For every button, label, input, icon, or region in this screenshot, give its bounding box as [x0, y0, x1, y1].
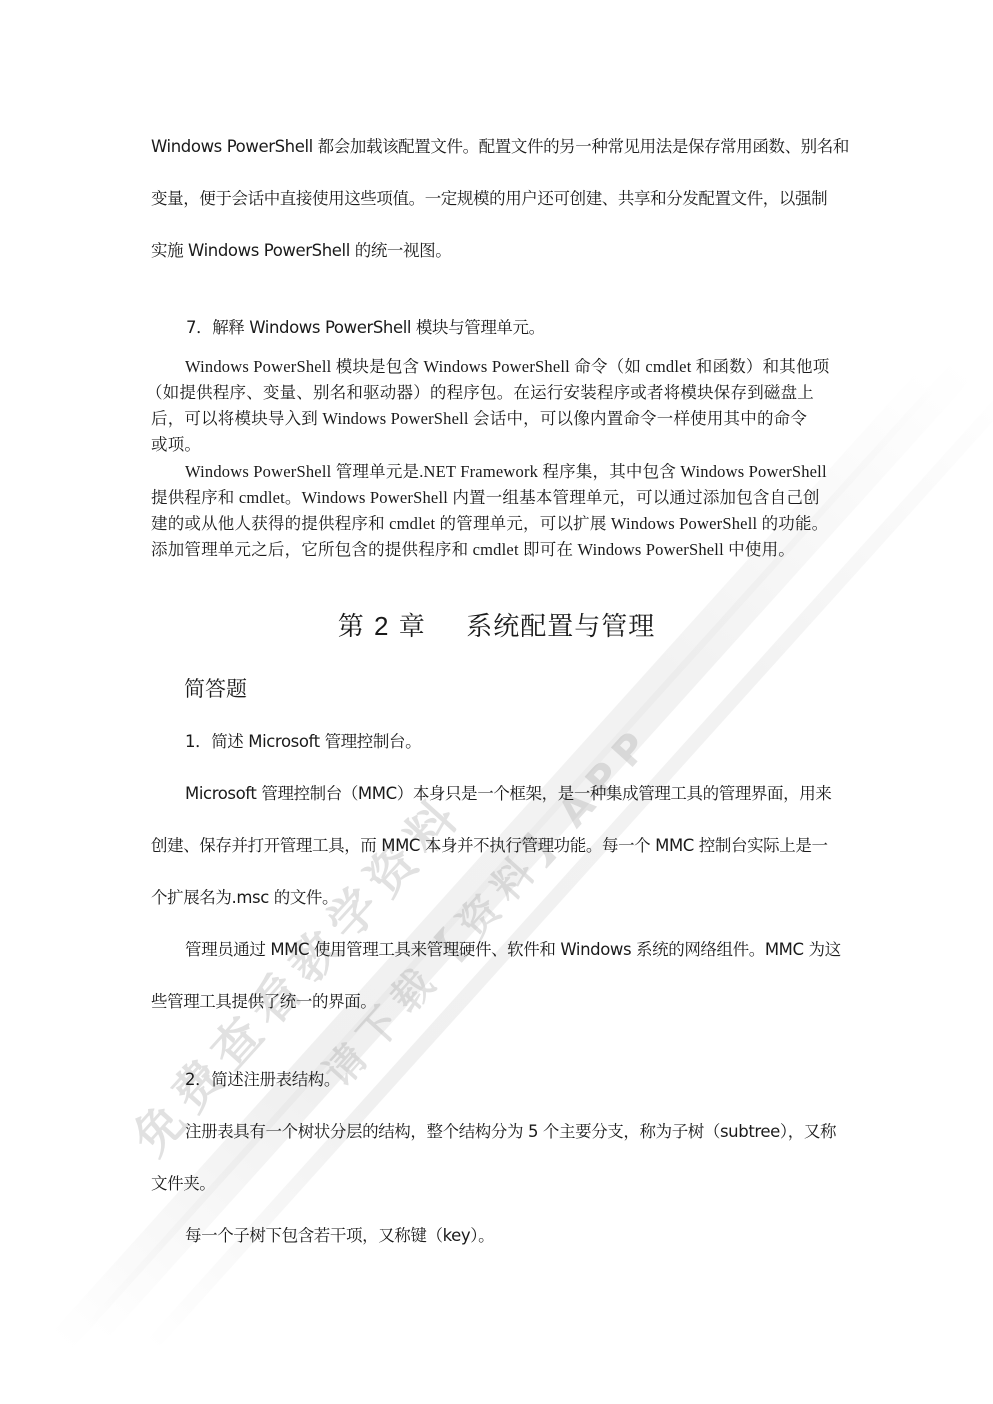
section-heading: 简答题: [184, 676, 247, 702]
paragraph-line: Microsoft 管理控制台（MMC）本身只是一个框架，是一种集成管理工具的管…: [185, 784, 831, 804]
chapter-title: 第 2 章 系统配置与管理: [0, 610, 993, 643]
paragraph-line: （如提供程序、变量、别名和驱动器）的程序包。在运行安装程序或者将模块保存到磁盘上: [146, 383, 814, 403]
paragraph-line: 个扩展名为.msc 的文件。: [151, 888, 338, 908]
paragraph-line: 创建、保存并打开管理工具，而 MMC 本身并不执行管理功能。每一个 MMC 控制…: [151, 836, 828, 856]
chapter-suffix: 章: [399, 612, 426, 642]
paragraph-line: 管理员通过 MMC 使用管理工具来管理硬件、软件和 Windows 系统的网络组…: [185, 940, 841, 960]
paragraph-line: 建的或从他人获得的提供程序和 cmdlet 的管理单元，可以扩展 Windows…: [151, 514, 828, 534]
question-title: 2．简述注册表结构。: [185, 1070, 340, 1090]
paragraph-line: 文件夹。: [151, 1174, 215, 1194]
paragraph-line: 后，可以将模块导入到 Windows PowerShell 会话中，可以像内置命…: [151, 409, 807, 429]
paragraph-line: 实施 Windows PowerShell 的统一视图。: [151, 241, 451, 261]
paragraph-line: Windows PowerShell 管理单元是.NET Framework 程…: [185, 462, 827, 482]
paragraph-line: 添加管理单元之后，它所包含的提供程序和 cmdlet 即可在 Windows P…: [151, 540, 795, 560]
question-title: 1．简述 Microsoft 管理控制台。: [185, 732, 421, 752]
paragraph-line: 变量，便于会话中直接使用这些项值。一定规模的用户还可创建、共享和分发配置文件，以…: [151, 189, 827, 209]
paragraph-line: Windows PowerShell 模块是包含 Windows PowerSh…: [185, 357, 829, 377]
paragraph-line: 或项。: [151, 435, 201, 455]
paragraph-line: Windows PowerShell 都会加载该配置文件。配置文件的另一种常见用…: [151, 137, 849, 157]
paragraph-line: 些管理工具提供了统一的界面。: [151, 992, 376, 1012]
paragraph-line: 注册表具有一个树状分层的结构，整个结构分为 5 个主要分支，称为子树（subtr…: [185, 1122, 836, 1142]
chapter-name: 系统配置与管理: [466, 612, 655, 642]
chapter-number: 2: [374, 611, 389, 641]
paragraph-line: 提供程序和 cmdlet。Windows PowerShell 内置一组基本管理…: [151, 488, 820, 508]
question-title: 7．解释 Windows PowerShell 模块与管理单元。: [186, 318, 545, 338]
chapter-prefix: 第: [338, 612, 365, 642]
document-page: Windows PowerShell 都会加载该配置文件。配置文件的另一种常见用…: [0, 0, 993, 1404]
paragraph-line: 每一个子树下包含若干项，又称键（key）。: [185, 1226, 494, 1246]
